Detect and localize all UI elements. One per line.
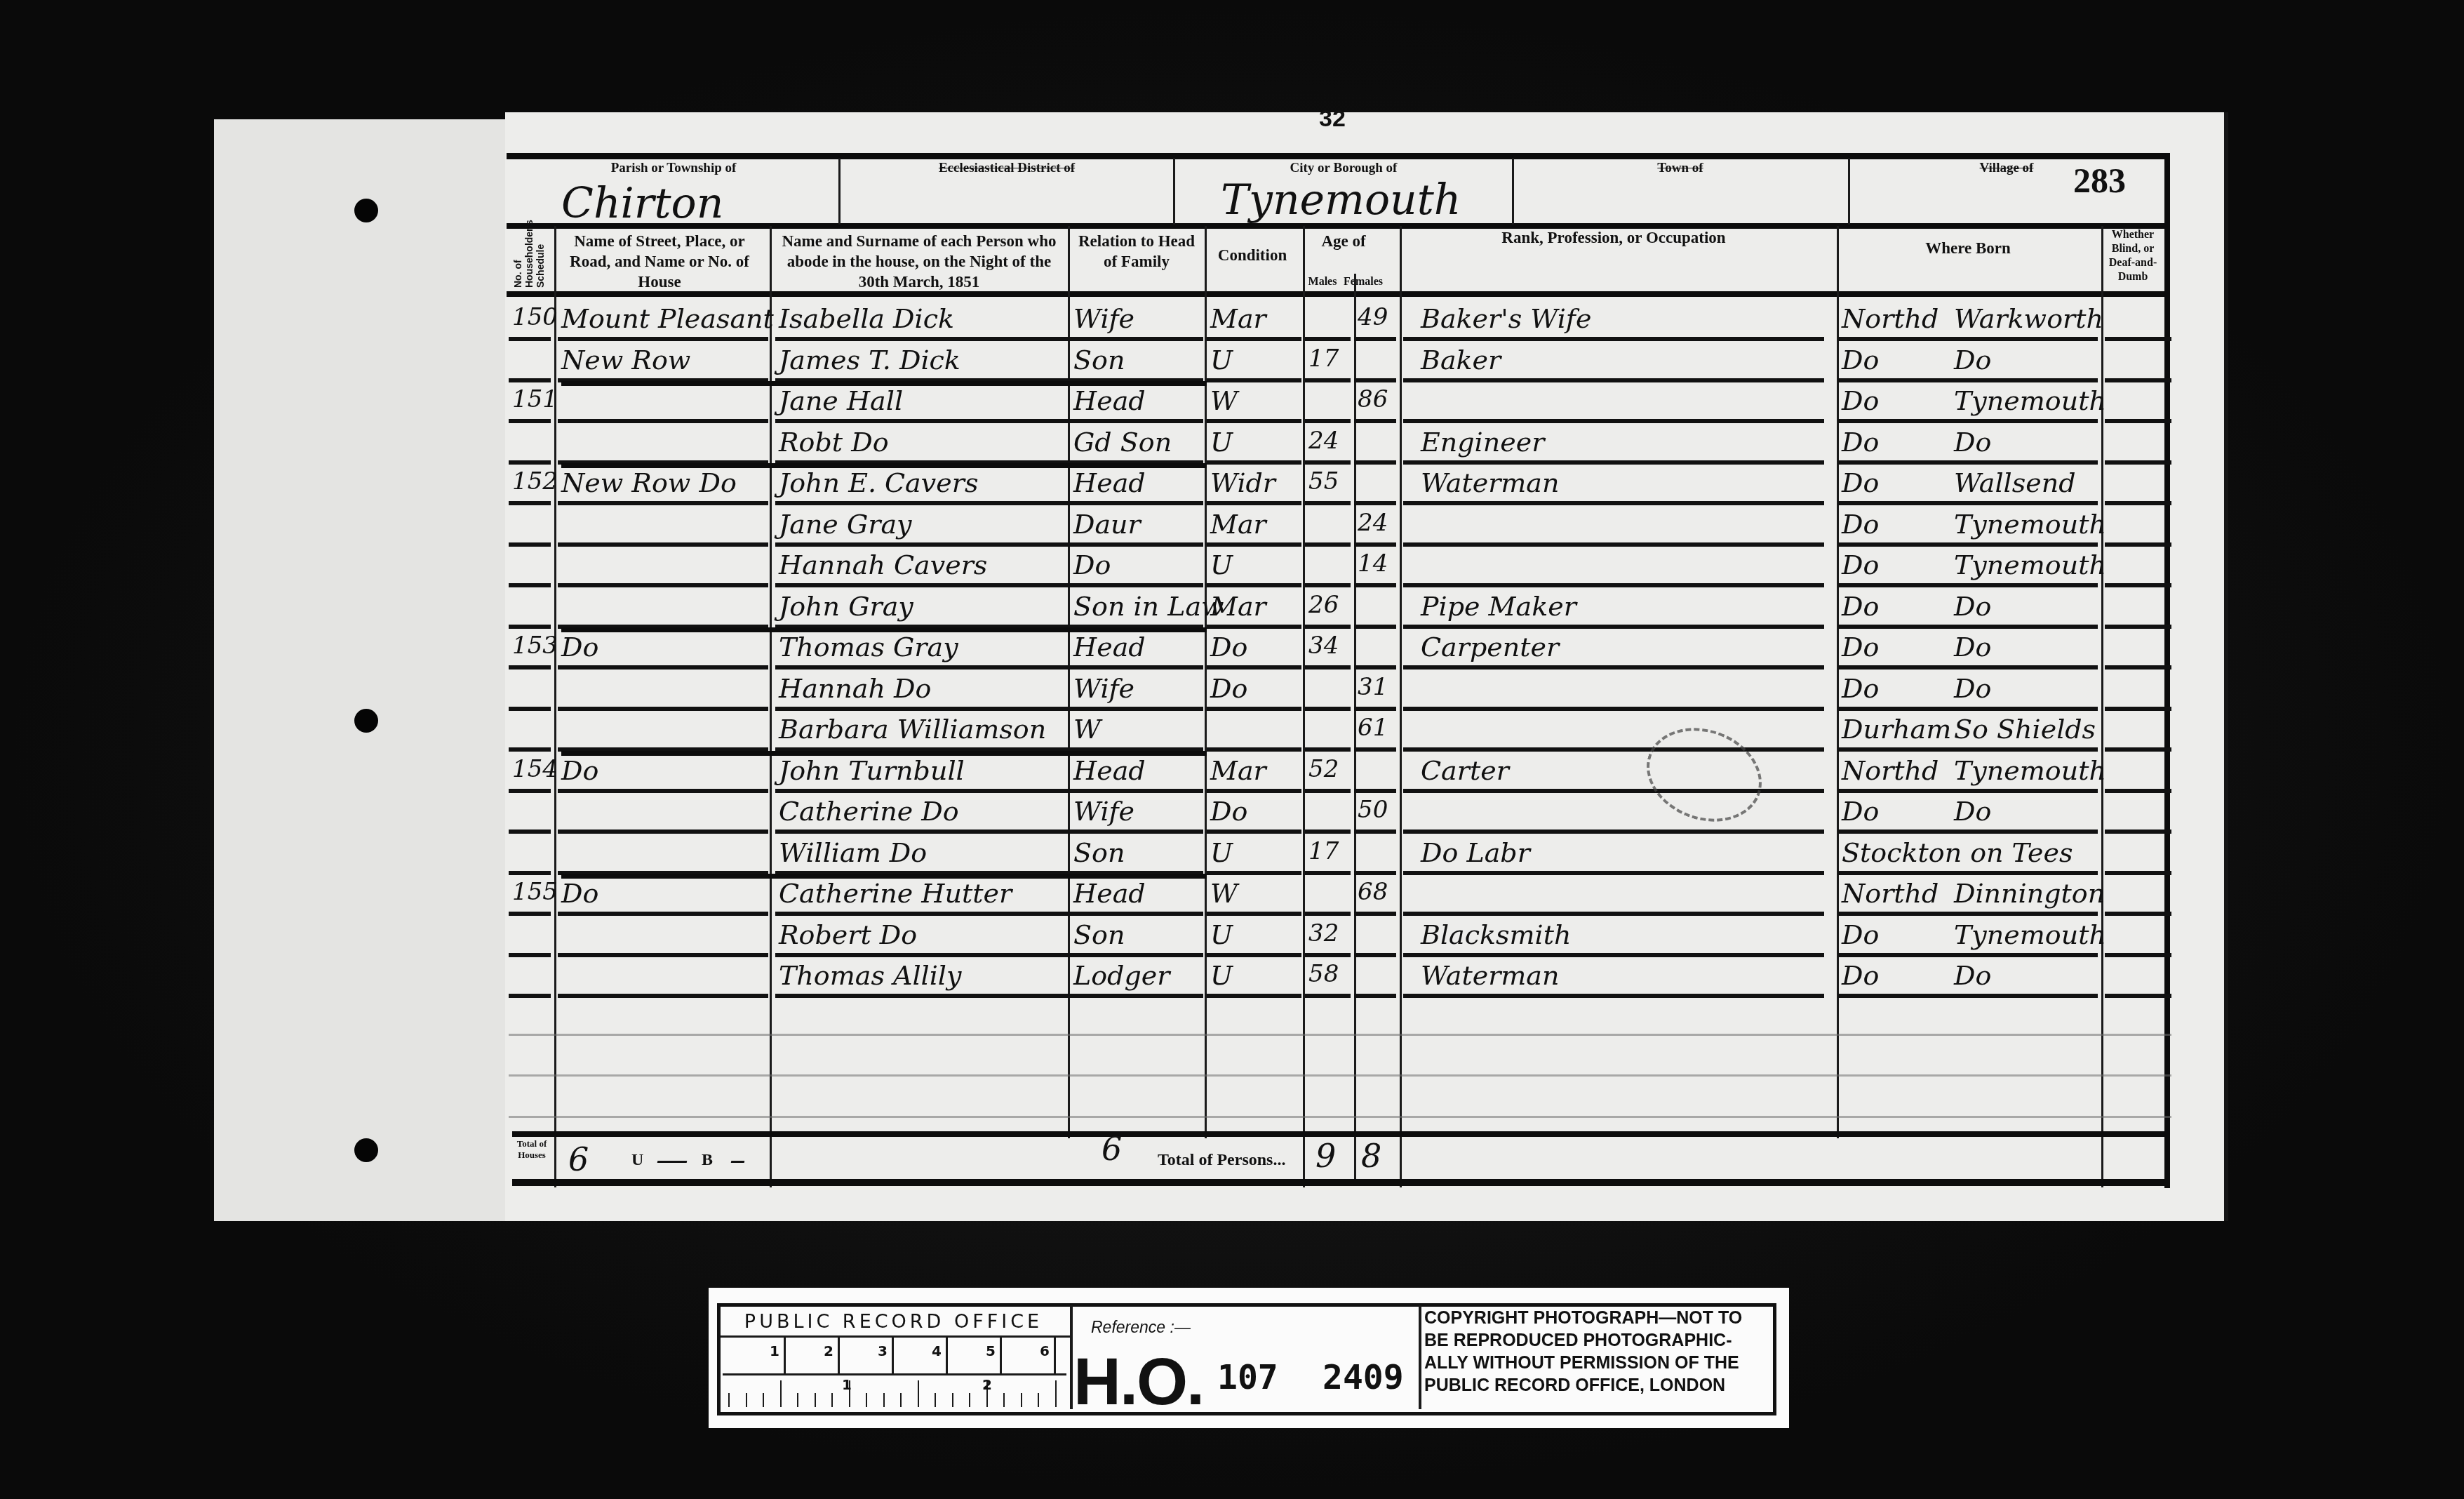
row-rule — [1070, 707, 1203, 711]
relation: W — [1073, 714, 1101, 745]
row-rule — [775, 830, 1070, 834]
person-name: Thomas Allily — [779, 960, 962, 991]
row-rule — [1354, 789, 1396, 793]
schedule-number: 154 — [512, 755, 558, 783]
row-rule — [1207, 542, 1301, 547]
row-rule — [2105, 460, 2171, 465]
row-rule — [1305, 542, 1351, 547]
row-rule — [1354, 378, 1396, 382]
row-rule — [1207, 830, 1301, 834]
row-rule — [1403, 871, 1824, 875]
row-rule — [775, 583, 1070, 587]
ruler-label: 2 — [982, 1376, 992, 1393]
blank-row-rule — [509, 1034, 2171, 1036]
table-row: Robt DoGd SonU24EngineerDoDo — [509, 424, 2171, 465]
person-name: Thomas Gray — [779, 632, 958, 662]
row-rule — [2105, 789, 2171, 793]
condition: W — [1210, 385, 1238, 416]
row-rule — [1838, 378, 2098, 382]
totals-top-border — [512, 1131, 2168, 1137]
born-place: So Shields — [1954, 714, 2096, 745]
row-rule — [1305, 789, 1351, 793]
ruler-label: 1 — [770, 1343, 779, 1359]
relation: Wife — [1073, 303, 1134, 334]
blank-row-rule — [509, 1074, 2171, 1077]
row-rule — [1403, 583, 1824, 587]
row-rule — [1838, 830, 2098, 834]
condition: U — [1210, 427, 1233, 458]
born-county: Do — [1842, 385, 1879, 416]
uninhabited-label: U — [631, 1151, 643, 1170]
ruler-tick — [883, 1393, 885, 1407]
ruler-tick — [1021, 1393, 1022, 1407]
col-disability-heading: Whether Blind, or Deaf-and-Dumb — [2101, 228, 2164, 284]
row-rule — [509, 542, 551, 547]
age-male: 58 — [1308, 960, 1339, 988]
row-rule — [1070, 912, 1203, 916]
row-rule — [1354, 542, 1396, 547]
col-name-heading: Name and Surname of each Person who abod… — [772, 232, 1066, 292]
occupation: Blacksmith — [1421, 919, 1571, 950]
occupation: Do Labr — [1421, 837, 1530, 868]
row-rule — [1305, 994, 1351, 998]
row-rule — [1838, 707, 2098, 711]
row-rule — [2105, 665, 2171, 669]
row-rule — [1070, 501, 1203, 505]
row-rule — [2105, 830, 2171, 834]
col-where-born-heading: Where Born — [1838, 239, 2098, 259]
row-rule — [1305, 665, 1351, 669]
age-female: 31 — [1358, 673, 1388, 701]
ruler-tick — [728, 1393, 730, 1407]
ruler-tick — [952, 1393, 953, 1407]
row-rule — [2105, 583, 2171, 587]
row-rule — [1070, 419, 1203, 423]
condition: U — [1210, 549, 1233, 580]
person-name: William Do — [779, 837, 927, 868]
building-label: B — [702, 1151, 713, 1170]
divider — [838, 158, 841, 225]
born-place: Tynemouth — [1954, 509, 2106, 540]
person-name: Jane Hall — [779, 385, 903, 416]
table-row: William DoSonU17Do LabrStockton on Tees — [509, 834, 2171, 875]
row-rule — [775, 994, 1070, 998]
row-rule — [1354, 583, 1396, 587]
person-name: John E. Cavers — [779, 467, 978, 498]
row-rule — [1207, 378, 1301, 382]
born-place: Warkworth — [1954, 303, 2103, 334]
row-rule — [509, 419, 551, 423]
table-row: Thomas AllilyLodgerU58WatermanDoDo — [509, 957, 2171, 998]
ruler-tick — [946, 1337, 948, 1373]
row-rule — [1403, 337, 1824, 341]
row-rule — [2105, 501, 2171, 505]
ecclesiastical-label: Ecclesiastical District of — [842, 161, 1172, 175]
condition: U — [1210, 345, 1233, 375]
row-rule — [2105, 419, 2171, 423]
row-rule — [558, 583, 768, 587]
born-place: Tynemouth — [1954, 755, 2106, 786]
address: Do — [561, 755, 598, 786]
row-rule — [558, 501, 768, 505]
row-rule — [1354, 830, 1396, 834]
row-rule — [1354, 337, 1396, 341]
age-female: 61 — [1358, 714, 1388, 742]
age-male: 17 — [1308, 345, 1339, 373]
table-row: Barbara WilliamsonW61DurhamSo Shields — [509, 711, 2171, 752]
row-rule — [775, 953, 1070, 957]
row-rule — [1207, 871, 1301, 875]
table-row: Hannah DoWifeDo31DoDo — [509, 670, 2171, 711]
row-rule — [2105, 625, 2171, 629]
row-rule — [1354, 871, 1396, 875]
row-rule — [1207, 747, 1301, 752]
person-name: Hannah Do — [779, 673, 931, 704]
born-place: Do — [1954, 345, 1991, 375]
table-row: 151Jane HallHeadW86DoTynemouth — [509, 382, 2171, 423]
schedule-number: 150 — [512, 303, 558, 331]
row-rule — [509, 994, 551, 998]
row-rule — [1070, 583, 1203, 587]
row-rule — [1207, 460, 1301, 465]
relation: Wife — [1073, 673, 1134, 704]
relation: Head — [1073, 755, 1146, 786]
row-rule — [509, 707, 551, 711]
total-persons-label: Total of Persons... — [1158, 1151, 1285, 1170]
ruler-tick — [797, 1393, 798, 1407]
row-rule — [558, 419, 768, 423]
row-rule — [1207, 953, 1301, 957]
row-rule — [558, 337, 768, 341]
row-rule — [1305, 583, 1351, 587]
row-rule — [1838, 953, 2098, 957]
condition: Mar — [1210, 303, 1266, 334]
ruler-label: 1 — [842, 1376, 852, 1393]
age-female: 86 — [1358, 385, 1388, 413]
table-row: John GraySon in LawMar26Pipe MakerDoDo — [509, 588, 2171, 629]
divider — [1070, 1305, 1073, 1409]
occupation: Waterman — [1421, 467, 1560, 498]
col-age-heading: Age of — [1305, 232, 1382, 252]
address: Mount Pleasant — [561, 303, 774, 334]
row-rule — [1207, 665, 1301, 669]
occupation: Waterman — [1421, 960, 1560, 991]
row-rule — [1403, 707, 1824, 711]
born-county: Northd — [1842, 755, 1939, 786]
row-rule — [775, 501, 1070, 505]
divider — [1848, 158, 1850, 225]
row-rule — [1305, 912, 1351, 916]
row-rule — [1838, 912, 2098, 916]
schedule-number: 151 — [512, 385, 558, 413]
row-rule — [1305, 953, 1351, 957]
occupation: Pipe Maker — [1421, 591, 1576, 622]
row-rule — [1354, 912, 1396, 916]
ruler-tick — [784, 1337, 786, 1373]
row-rule — [2105, 707, 2171, 711]
row-rule — [1070, 337, 1203, 341]
ruler-tick — [780, 1380, 782, 1407]
table-row: 153DoThomas GrayHeadDo34CarpenterDoDo — [509, 629, 2171, 669]
totals-bottom-border — [512, 1179, 2168, 1186]
reference-class: 107 — [1217, 1358, 1278, 1397]
row-rule — [775, 912, 1070, 916]
person-name: Catherine Do — [779, 796, 959, 827]
parish-value: Chirton — [561, 179, 723, 228]
row-rule — [1207, 625, 1301, 629]
born-place: Do — [1954, 673, 1991, 704]
born-county: Do — [1842, 509, 1879, 540]
row-rule — [1403, 501, 1824, 505]
row-rule — [2105, 994, 2171, 998]
ruler-tick — [935, 1393, 936, 1407]
condition: U — [1210, 837, 1233, 868]
row-rule — [1207, 337, 1301, 341]
row-rule — [558, 994, 768, 998]
copyright-notice: COPYRIGHT PHOTOGRAPH—NOT TO BE REPRODUCE… — [1424, 1307, 1768, 1397]
row-rule — [2105, 912, 2171, 916]
row-rule — [1354, 994, 1396, 998]
table-row: New RowJames T. DickSonU17BakerDoDo — [509, 342, 2171, 382]
ruler-tick — [900, 1393, 902, 1407]
ruler-tick — [918, 1380, 919, 1407]
age-male: 52 — [1308, 755, 1339, 783]
punch-hole-icon — [354, 709, 378, 733]
row-rule — [1838, 337, 2098, 341]
relation: Son — [1073, 919, 1125, 950]
ruler-tick — [763, 1393, 764, 1407]
row-rule — [2105, 747, 2171, 752]
row-rule — [1838, 542, 2098, 547]
parish-label: Parish or Township of — [512, 161, 835, 175]
condition: W — [1210, 878, 1238, 909]
relation: Head — [1073, 632, 1146, 662]
age-male: 17 — [1308, 837, 1339, 865]
row-rule — [1070, 542, 1203, 547]
condition: Mar — [1210, 509, 1266, 540]
person-name: Barbara Williamson — [779, 714, 1046, 745]
person-name: Jane Gray — [779, 509, 912, 540]
address: Do — [561, 878, 598, 909]
row-rule — [1403, 953, 1824, 957]
row-rule — [1403, 994, 1824, 998]
ruler-tick — [831, 1393, 833, 1407]
born-county: Do — [1842, 673, 1879, 704]
divider — [1419, 1305, 1421, 1409]
row-rule — [1403, 747, 1824, 752]
row-rule — [1403, 378, 1824, 382]
condition: Mar — [1210, 755, 1266, 786]
folio-number: 283 — [2073, 160, 2126, 201]
relation: Son in Law — [1073, 591, 1224, 622]
ruler-label: 2 — [824, 1343, 833, 1359]
row-rule — [2105, 378, 2171, 382]
born-place: Do — [1954, 632, 1991, 662]
born-county: Do — [1842, 796, 1879, 827]
ruler-label: 3 — [878, 1343, 888, 1359]
address: Do — [561, 632, 598, 662]
born-county: Do — [1842, 345, 1879, 375]
col-relation-heading: Relation to Head of Family — [1070, 232, 1203, 272]
total-persons-female: 8 — [1361, 1137, 1381, 1175]
row-rule — [1305, 747, 1351, 752]
born-place: Do — [1954, 796, 1991, 827]
table-row: Hannah CaversDoU14DoTynemouth — [509, 547, 2171, 587]
row-rule — [1838, 419, 2098, 423]
born-place: Wallsend — [1954, 467, 2076, 498]
total-houses-label: Total of Houses — [511, 1138, 553, 1161]
born-place: Tynemouth — [1954, 919, 2106, 950]
row-rule — [1838, 583, 2098, 587]
condition: Do — [1210, 632, 1247, 662]
born-county: Do — [1842, 632, 1879, 662]
occupation: Engineer — [1421, 427, 1544, 458]
relation: Son — [1073, 837, 1125, 868]
row-rule — [1354, 747, 1396, 752]
row-rule — [509, 912, 551, 916]
ruler-tick — [1055, 1380, 1057, 1407]
relation: Lodger — [1073, 960, 1170, 991]
condition: Widr — [1210, 467, 1275, 498]
person-name: Robert Do — [779, 919, 917, 950]
row-rule — [1354, 625, 1396, 629]
row-rule — [1207, 419, 1301, 423]
born-place: Do — [1954, 427, 1991, 458]
row-rule — [1354, 460, 1396, 465]
row-rule — [775, 542, 1070, 547]
row-rule — [1070, 953, 1203, 957]
row-rule — [1305, 378, 1351, 382]
row-rule — [509, 789, 551, 793]
schedules-count: 6 — [1102, 1130, 1122, 1168]
address: New Row Do — [561, 467, 737, 498]
row-rule — [1838, 994, 2098, 998]
row-rule — [1305, 871, 1351, 875]
age-male: 32 — [1308, 919, 1339, 947]
relation: Wife — [1073, 796, 1134, 827]
row-rule — [1207, 789, 1301, 793]
row-rule — [558, 542, 768, 547]
row-rule — [1305, 501, 1351, 505]
row-rule — [558, 707, 768, 711]
age-male: 24 — [1308, 427, 1339, 455]
born-place: Do — [1954, 960, 1991, 991]
uninhabited-value: — — [656, 1140, 688, 1178]
born-place: Dinnington — [1954, 878, 2105, 909]
person-name: John Gray — [779, 591, 913, 622]
condition: U — [1210, 919, 1233, 950]
person-name: Isabella Dick — [779, 303, 954, 334]
condition: U — [1210, 960, 1233, 991]
row-rule — [1207, 707, 1301, 711]
ruler-divider — [723, 1373, 1066, 1375]
row-rule — [1305, 830, 1351, 834]
born-county: Do — [1842, 427, 1879, 458]
punch-hole-icon — [354, 199, 378, 222]
occupation: Baker's Wife — [1421, 303, 1591, 334]
ruler-tick — [1038, 1393, 1039, 1407]
total-persons-male: 9 — [1315, 1137, 1336, 1175]
row-rule — [558, 953, 768, 957]
row-rule — [558, 789, 768, 793]
row-rule — [1838, 625, 2098, 629]
row-rule — [1838, 871, 2098, 875]
row-rule — [1403, 912, 1824, 916]
reference-series: H.O. — [1073, 1344, 1203, 1420]
row-rule — [509, 871, 551, 875]
relation: Do — [1073, 549, 1111, 580]
ruler-tick — [866, 1393, 867, 1407]
row-rule — [509, 625, 551, 629]
schedule-number: 155 — [512, 878, 558, 906]
person-name: Catherine Hutter — [779, 878, 1012, 909]
age-male: 26 — [1308, 591, 1339, 619]
condition: Do — [1210, 796, 1247, 827]
born-place: Do — [1954, 591, 1991, 622]
born-county: Do — [1842, 960, 1879, 991]
age-male: 34 — [1308, 632, 1339, 660]
age-female: 50 — [1358, 796, 1388, 824]
row-rule — [1305, 460, 1351, 465]
row-rule — [1838, 789, 2098, 793]
row-rule — [1305, 337, 1351, 341]
col-age-female-heading: Females — [1344, 275, 1382, 289]
town-label: Town of — [1515, 161, 1845, 175]
ruler-label: 5 — [986, 1343, 996, 1359]
row-rule — [775, 707, 1070, 711]
blank-left-flap — [214, 119, 509, 1221]
row-rule — [509, 337, 551, 341]
born-county: Do — [1842, 919, 1879, 950]
row-rule — [2105, 953, 2171, 957]
col-condition-heading: Condition — [1207, 246, 1298, 266]
condition: Mar — [1210, 591, 1266, 622]
row-rule — [775, 419, 1070, 423]
table-row: 150Mount PleasantIsabella DickWifeMar49B… — [509, 300, 2171, 341]
city-value: Tynemouth — [1221, 175, 1461, 225]
table-row: Robert DoSonU32BlacksmithDoTynemouth — [509, 917, 2171, 957]
row-rule — [1403, 542, 1824, 547]
row-rule — [1070, 994, 1203, 998]
total-houses-inhabited: 6 — [568, 1140, 589, 1178]
row-rule — [2105, 542, 2171, 547]
born-place: Tynemouth — [1954, 385, 2106, 416]
row-rule — [509, 830, 551, 834]
row-rule — [1354, 419, 1396, 423]
ruler-tick — [838, 1337, 840, 1373]
ruler-tick — [892, 1337, 894, 1373]
row-rule — [1403, 625, 1824, 629]
row-rule — [775, 789, 1070, 793]
row-rule — [509, 665, 551, 669]
row-rule — [1403, 830, 1824, 834]
row-rule — [1207, 994, 1301, 998]
age-female: 68 — [1358, 878, 1388, 906]
ruler-tick — [1003, 1393, 1005, 1407]
born-county: Do — [1842, 467, 1879, 498]
row-rule — [2105, 337, 2171, 341]
schedule-number: 153 — [512, 632, 558, 660]
row-rule — [509, 460, 551, 465]
ruler-label: 4 — [932, 1343, 942, 1359]
divider — [1173, 158, 1175, 225]
table-row: 154DoJohn TurnbullHeadMar52CarterNorthdT… — [509, 752, 2171, 793]
building-value: – — [730, 1140, 746, 1178]
row-rule — [1305, 419, 1351, 423]
ruler-tick — [746, 1393, 747, 1407]
row-rule — [1207, 912, 1301, 916]
row-rule — [558, 830, 768, 834]
